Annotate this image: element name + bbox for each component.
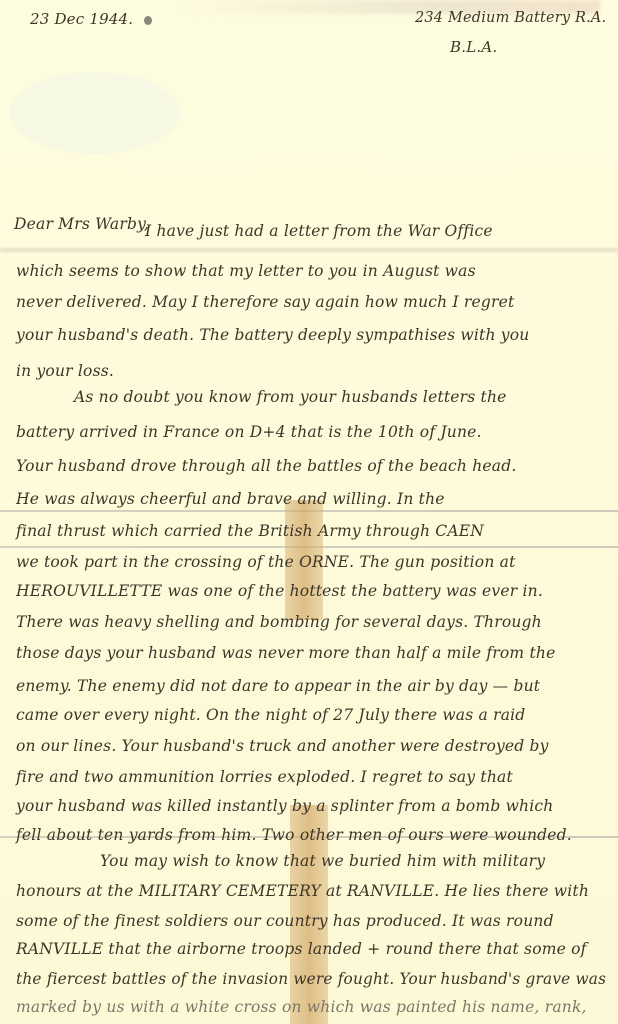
letter-line: in your loss.	[16, 362, 114, 380]
letter-line: Your husband drove through all the battl…	[16, 457, 516, 475]
ink-blot	[144, 16, 152, 25]
letter-line: I have just had a letter from the War Of…	[145, 222, 493, 240]
sender-location: B.L.A.	[450, 38, 497, 56]
letter-line: fell about ten yards from him. Two other…	[16, 826, 572, 844]
letter-line: fire and two ammunition lorries exploded…	[16, 768, 513, 786]
letter-line: honours at the MILITARY CEMETERY at RANV…	[16, 882, 589, 900]
fold-line	[0, 248, 618, 252]
letter-line: came over every night. On the night of 2…	[16, 706, 525, 724]
letter-line: HEROUVILLETTE was one of the hottest the…	[16, 582, 543, 600]
letter-line: You may wish to know that we buried him …	[100, 852, 545, 870]
letter-line: final thrust which carried the British A…	[16, 522, 484, 540]
letter-line: the fiercest battles of the invasion wer…	[16, 970, 606, 988]
letter-line: RANVILLE that the airborne troops landed…	[16, 940, 587, 958]
letter-line: marked by us with a white cross on which…	[16, 998, 587, 1016]
letter-line: those days your husband was never more t…	[16, 644, 555, 662]
oval-stain	[10, 72, 180, 154]
letter-line: never delivered. May I therefore say aga…	[16, 293, 514, 311]
letter-line: battery arrived in France on D+4 that is…	[16, 423, 482, 441]
letter-line: on our lines. Your husband's truck and a…	[16, 737, 549, 755]
letter-line: There was heavy shelling and bombing for…	[16, 613, 542, 631]
letter-date: 23 Dec 1944.	[30, 10, 133, 28]
letter-line: your husband's death. The battery deeply…	[16, 326, 529, 344]
letter-line: As no doubt you know from your husbands …	[74, 388, 507, 406]
letter-line: enemy. The enemy did not dare to appear …	[16, 677, 540, 695]
letter-line: your husband was killed instantly by a s…	[16, 797, 553, 815]
letter-line: He was always cheerful and brave and wil…	[16, 490, 445, 508]
letter-line: which seems to show that my letter to yo…	[16, 262, 476, 280]
sender-unit: 234 Medium Battery R.A.	[415, 8, 606, 26]
letter-line: some of the finest soldiers our country …	[16, 912, 554, 930]
letter-line: we took part in the crossing of the ORNE…	[16, 553, 516, 571]
salutation: Dear Mrs Warby,	[14, 215, 149, 233]
